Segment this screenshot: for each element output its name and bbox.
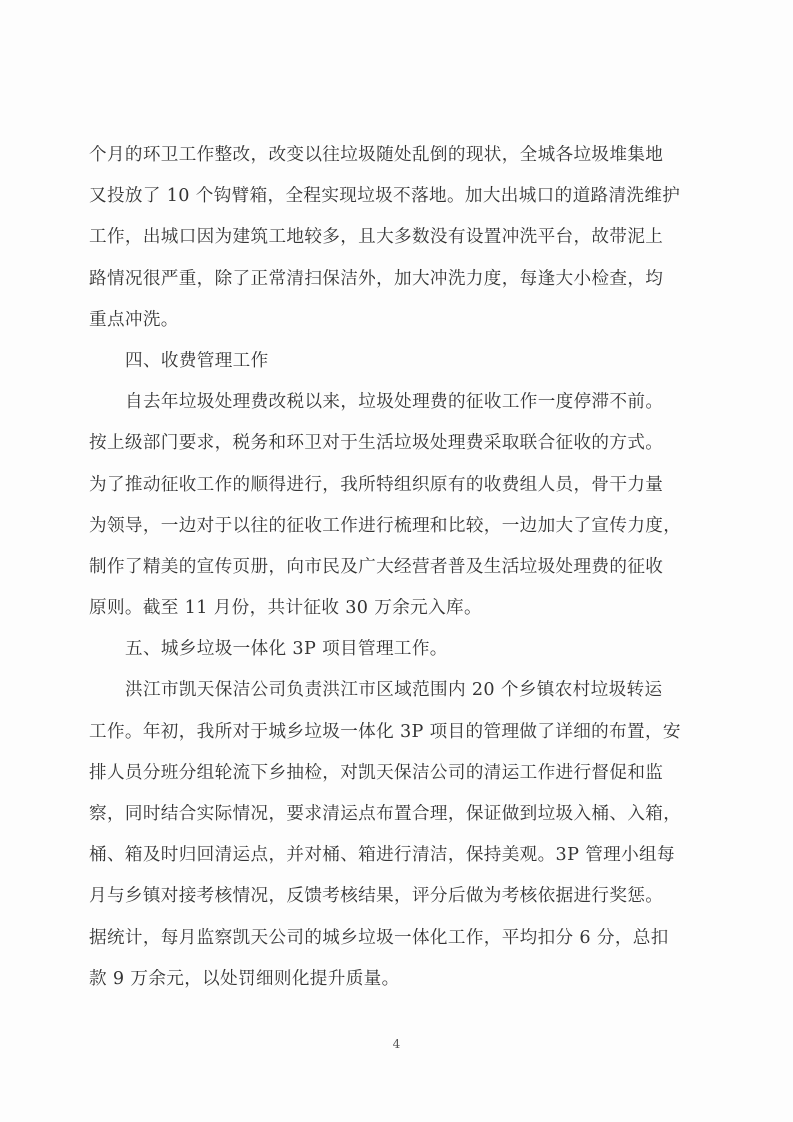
document-body: 个月的环卫工作整改，改变以往垃圾随处乱倒的现状，全城各垃圾堆集地 又投放了 10…	[89, 135, 711, 1000]
paragraph-line: 重点冲洗。	[89, 300, 711, 341]
paragraph-line: 按上级部门要求，税务和环卫对于生活垃圾处理费采取联合征收的方式。	[89, 423, 711, 464]
section-heading-fee-management: 四、收费管理工作	[89, 341, 711, 382]
paragraph-line: 察，同时结合实际情况，要求清运点布置合理，保证做到垃圾入桶、入箱，	[89, 794, 711, 835]
paragraph-line: 桶、箱及时归回清运点，并对桶、箱进行清洁，保持美观。3P 管理小组每	[89, 835, 711, 876]
paragraph-line: 个月的环卫工作整改，改变以往垃圾随处乱倒的现状，全城各垃圾堆集地	[89, 135, 711, 176]
paragraph-line: 月与乡镇对接考核情况，反馈考核结果，评分后做为考核依据进行奖惩。	[89, 876, 711, 917]
page-number: 4	[0, 1037, 793, 1051]
paragraph-line: 工作，出城口因为建筑工地较多，且大多数没有设置冲洗平台，故带泥上	[89, 217, 711, 258]
section-heading-3p-project: 五、城乡垃圾一体化 3P 项目管理工作。	[89, 629, 711, 670]
paragraph-line: 制作了精美的宣传页册，向市民及广大经营者普及生活垃圾处理费的征收	[89, 547, 711, 588]
paragraph-line: 又投放了 10 个钩臂箱，全程实现垃圾不落地。加大出城口的道路清洗维护	[89, 176, 711, 217]
paragraph-line: 据统计，每月监察凯天公司的城乡垃圾一体化工作，平均扣分 6 分，总扣	[89, 918, 711, 959]
paragraph-line: 为领导，一边对于以往的征收工作进行梳理和比较，一边加大了宣传力度，	[89, 506, 711, 547]
paragraph-line: 工作。年初，我所对于城乡垃圾一体化 3P 项目的管理做了详细的布置，安	[89, 712, 711, 753]
paragraph-line: 原则。截至 11 月份，共计征收 30 万余元入库。	[89, 588, 711, 629]
paragraph-line: 款 9 万余元，以处罚细则化提升质量。	[89, 959, 711, 1000]
paragraph-line: 为了推动征收工作的顺得进行，我所特组织原有的收费组人员，骨干力量	[89, 465, 711, 506]
paragraph-line: 路情况很严重，除了正常清扫保洁外，加大冲洗力度，每逢大小检查，均	[89, 259, 711, 300]
paragraph-line: 排人员分班分组轮流下乡抽检，对凯天保洁公司的清运工作进行督促和监	[89, 753, 711, 794]
paragraph-line: 自去年垃圾处理费改税以来，垃圾处理费的征收工作一度停滞不前。	[89, 382, 711, 423]
document-page: 个月的环卫工作整改，改变以往垃圾随处乱倒的现状，全城各垃圾堆集地 又投放了 10…	[0, 0, 793, 1122]
paragraph-line: 洪江市凯天保洁公司负责洪江市区域范围内 20 个乡镇农村垃圾转运	[89, 670, 711, 711]
